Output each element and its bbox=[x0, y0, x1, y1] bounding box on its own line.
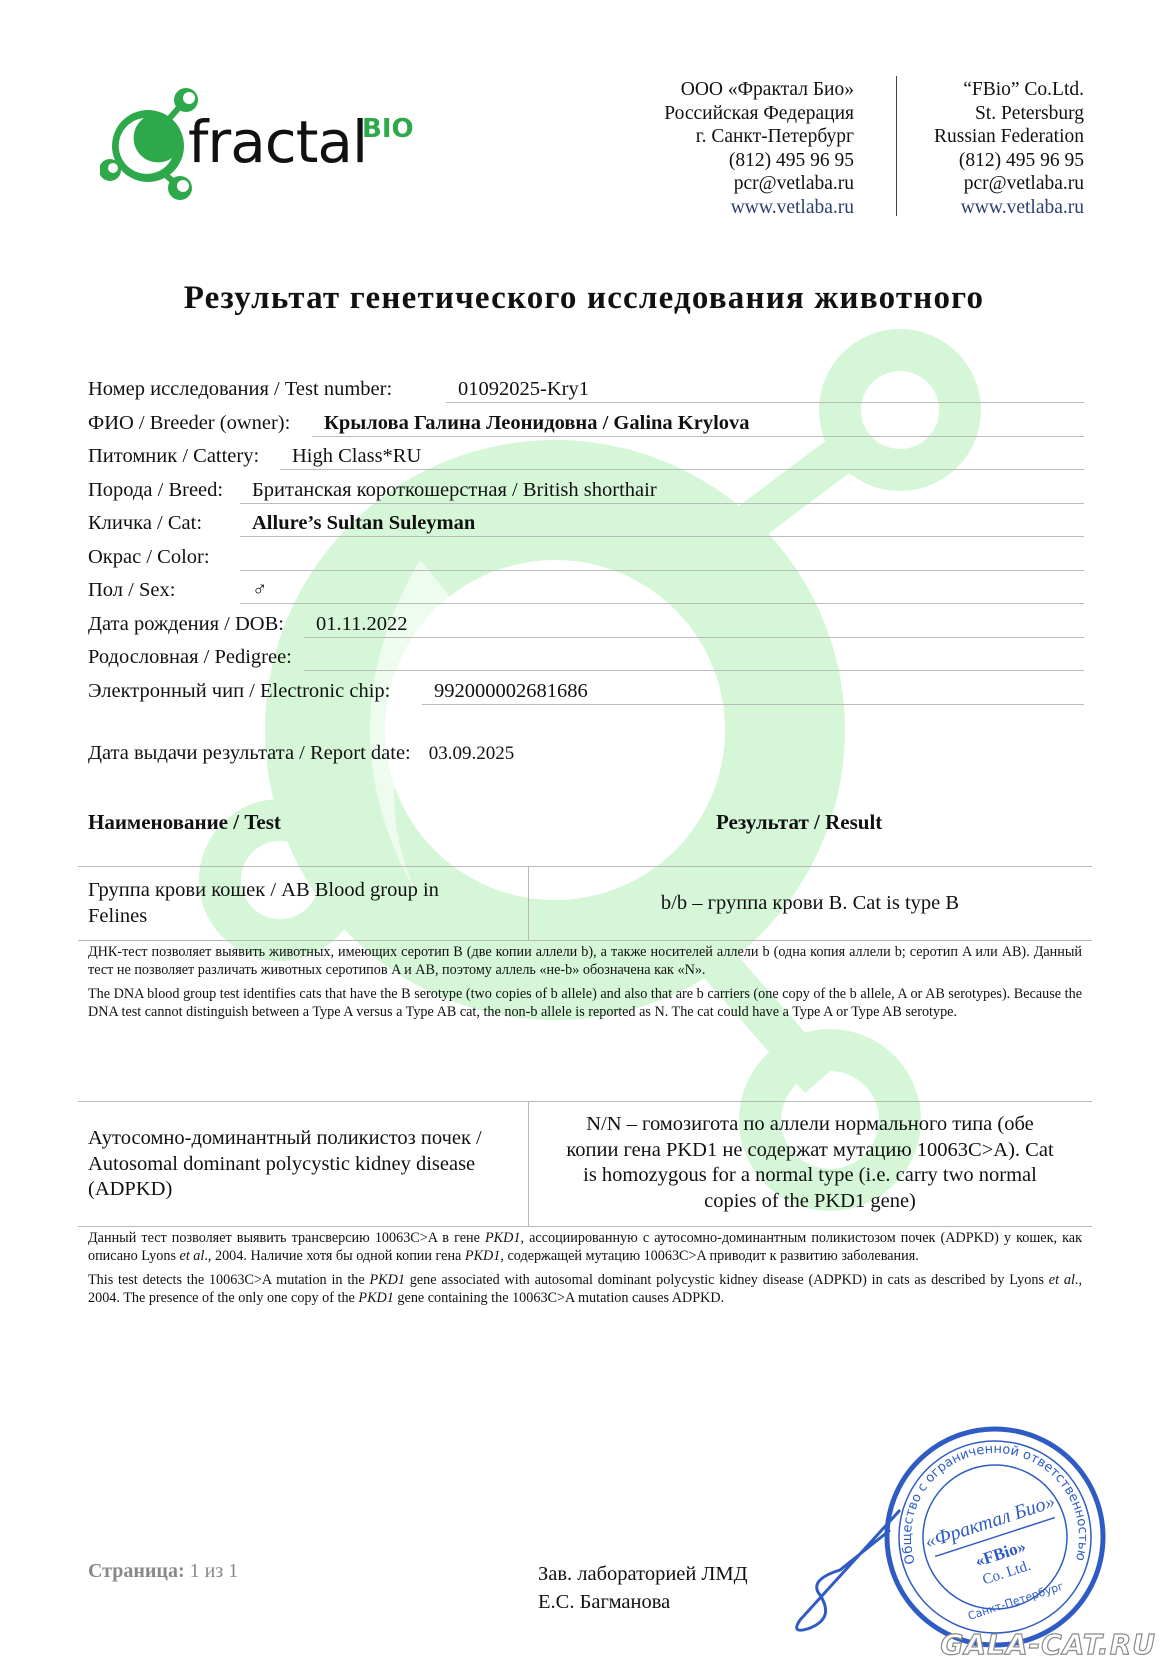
info-label: Питомник / Cattery: bbox=[88, 441, 259, 471]
table-divider bbox=[78, 1101, 1092, 1102]
info-label: Электронный чип / Electronic chip: bbox=[88, 676, 390, 706]
signature-mark bbox=[780, 1500, 920, 1640]
contacts-russian: ООО «Фрактал Био» Российская Федерация г… bbox=[664, 78, 854, 219]
note-ru: Данный тест позволяет выявить трансверси… bbox=[88, 1229, 1082, 1265]
info-row-breeder: ФИО / Breeder (owner): Крылова Галина Ле… bbox=[88, 408, 1084, 442]
note-blood-group: ДНК-тест позволяет выявить животных, име… bbox=[88, 943, 1082, 1027]
company-name-ru: ООО «Фрактал Био» bbox=[664, 78, 854, 102]
logo-suffix: BIO bbox=[362, 114, 414, 144]
page-number: Страница: 1 из 1 bbox=[88, 1560, 238, 1583]
company-name-en: “FBio” Co.Ltd. bbox=[934, 78, 1084, 102]
note-ru: ДНК-тест позволяет выявить животных, име… bbox=[88, 943, 1082, 979]
note-en: This test detects the 10063C>A mutation … bbox=[88, 1271, 1082, 1307]
table-header-result: Результат / Result bbox=[716, 810, 882, 835]
info-label: Порода / Breed: bbox=[88, 475, 223, 505]
signer-block: Зав. лабораторией ЛМД Е.С. Багманова bbox=[538, 1560, 748, 1616]
city-ru: г. Санкт-Петербург bbox=[664, 125, 854, 149]
contacts-english: “FBio” Co.Ltd. St. Petersburg Russian Fe… bbox=[934, 78, 1084, 219]
signer-title: Зав. лабораторией ЛМД bbox=[538, 1560, 748, 1588]
phone-ru: (812) 495 96 95 bbox=[664, 149, 854, 173]
logo-wordmark: fractal bbox=[188, 108, 367, 176]
page-value: 1 из 1 bbox=[190, 1560, 239, 1582]
info-label: Дата рождения / DOB: bbox=[88, 609, 284, 639]
note-en: The DNA blood group test identifies cats… bbox=[88, 985, 1082, 1021]
table-header-test: Наименование / Test bbox=[88, 810, 281, 835]
country-en: Russian Federation bbox=[934, 125, 1084, 149]
site-watermark: GALA-CAT.RU bbox=[940, 1628, 1156, 1661]
report-date-value: 03.09.2025 bbox=[429, 743, 515, 764]
document-title: Результат генетического исследования жив… bbox=[0, 280, 1168, 317]
report-date-label: Дата выдачи результата / Report date: bbox=[88, 742, 411, 764]
test-name-adpkd: Аутосомно-доминантный поликистоз почек /… bbox=[88, 1126, 518, 1203]
info-value bbox=[304, 642, 1084, 671]
info-row-cattery: Питомник / Cattery: High Class*RU bbox=[88, 441, 1084, 475]
result-adpkd: N/N – гомозигота по аллели нормального т… bbox=[540, 1112, 1080, 1214]
info-value: Allure’s Sultan Suleyman bbox=[240, 508, 1084, 537]
email-ru[interactable]: pcr@vetlaba.ru bbox=[664, 172, 854, 196]
city-en: St. Petersburg bbox=[934, 102, 1084, 126]
test-name-blood-group: Группа крови кошек / AB Blood group in F… bbox=[88, 878, 518, 929]
info-label: Кличка / Cat: bbox=[88, 508, 202, 538]
email-en[interactable]: pcr@vetlaba.ru bbox=[934, 172, 1084, 196]
contacts-divider bbox=[896, 76, 897, 216]
info-label: ФИО / Breeder (owner): bbox=[88, 408, 290, 438]
info-row-chip: Электронный чип / Electronic chip: 99200… bbox=[88, 676, 1084, 710]
note-adpkd: Данный тест позволяет выявить трансверси… bbox=[88, 1229, 1082, 1313]
male-symbol-icon: ♂ bbox=[240, 575, 1084, 604]
info-value: Крылова Галина Леонидовна / Galina Krylo… bbox=[312, 408, 1084, 437]
table-divider bbox=[78, 1226, 1092, 1227]
info-row-sex: Пол / Sex: ♂ bbox=[88, 575, 1084, 609]
info-label: Пол / Sex: bbox=[88, 575, 175, 605]
info-label: Номер исследования / Test number: bbox=[88, 374, 392, 404]
info-row-test-number: Номер исследования / Test number: 010920… bbox=[88, 374, 1084, 408]
info-value bbox=[240, 542, 1084, 571]
info-value: 01.11.2022 bbox=[304, 609, 1084, 638]
info-row-cat-name: Кличка / Cat: Allure’s Sultan Suleyman bbox=[88, 508, 1084, 542]
stamp-name-ru: «Фрактал Био» bbox=[922, 1490, 1058, 1553]
animal-info: Номер исследования / Test number: 010920… bbox=[88, 374, 1084, 709]
table-column-divider bbox=[528, 866, 529, 940]
info-row-color: Окрас / Color: bbox=[88, 542, 1084, 576]
page-label: Страница: bbox=[88, 1560, 185, 1582]
website-ru[interactable]: www.vetlaba.ru bbox=[664, 196, 854, 220]
table-divider bbox=[78, 940, 1092, 941]
info-row-pedigree: Родословная / Pedigree: bbox=[88, 642, 1084, 676]
info-row-dob: Дата рождения / DOB: 01.11.2022 bbox=[88, 609, 1084, 643]
info-value: 992000002681686 bbox=[422, 676, 1084, 705]
stamp-city: Санкт-Петербург bbox=[966, 1580, 1065, 1623]
info-value: High Class*RU bbox=[280, 441, 1084, 470]
result-blood-group: b/b – группа крови B. Cat is type B bbox=[540, 891, 1080, 917]
info-value: Британская короткошерстная / British sho… bbox=[240, 475, 1084, 504]
info-value: 01092025-Kry1 bbox=[446, 374, 1084, 403]
info-label: Родословная / Pedigree: bbox=[88, 642, 292, 672]
table-column-divider bbox=[528, 1101, 529, 1226]
company-logo: fractal BIO bbox=[100, 86, 420, 206]
info-row-breed: Порода / Breed: Британская короткошерстн… bbox=[88, 475, 1084, 509]
signer-name: Е.С. Багманова bbox=[538, 1588, 748, 1616]
country-ru: Российская Федерация bbox=[664, 102, 854, 126]
report-date: Дата выдачи результата / Report date:03.… bbox=[88, 742, 514, 765]
website-en[interactable]: www.vetlaba.ru bbox=[934, 196, 1084, 220]
info-label: Окрас / Color: bbox=[88, 542, 210, 572]
table-divider bbox=[78, 866, 1092, 867]
fractal-molecule-icon bbox=[100, 86, 200, 206]
phone-en: (812) 495 96 95 bbox=[934, 149, 1084, 173]
